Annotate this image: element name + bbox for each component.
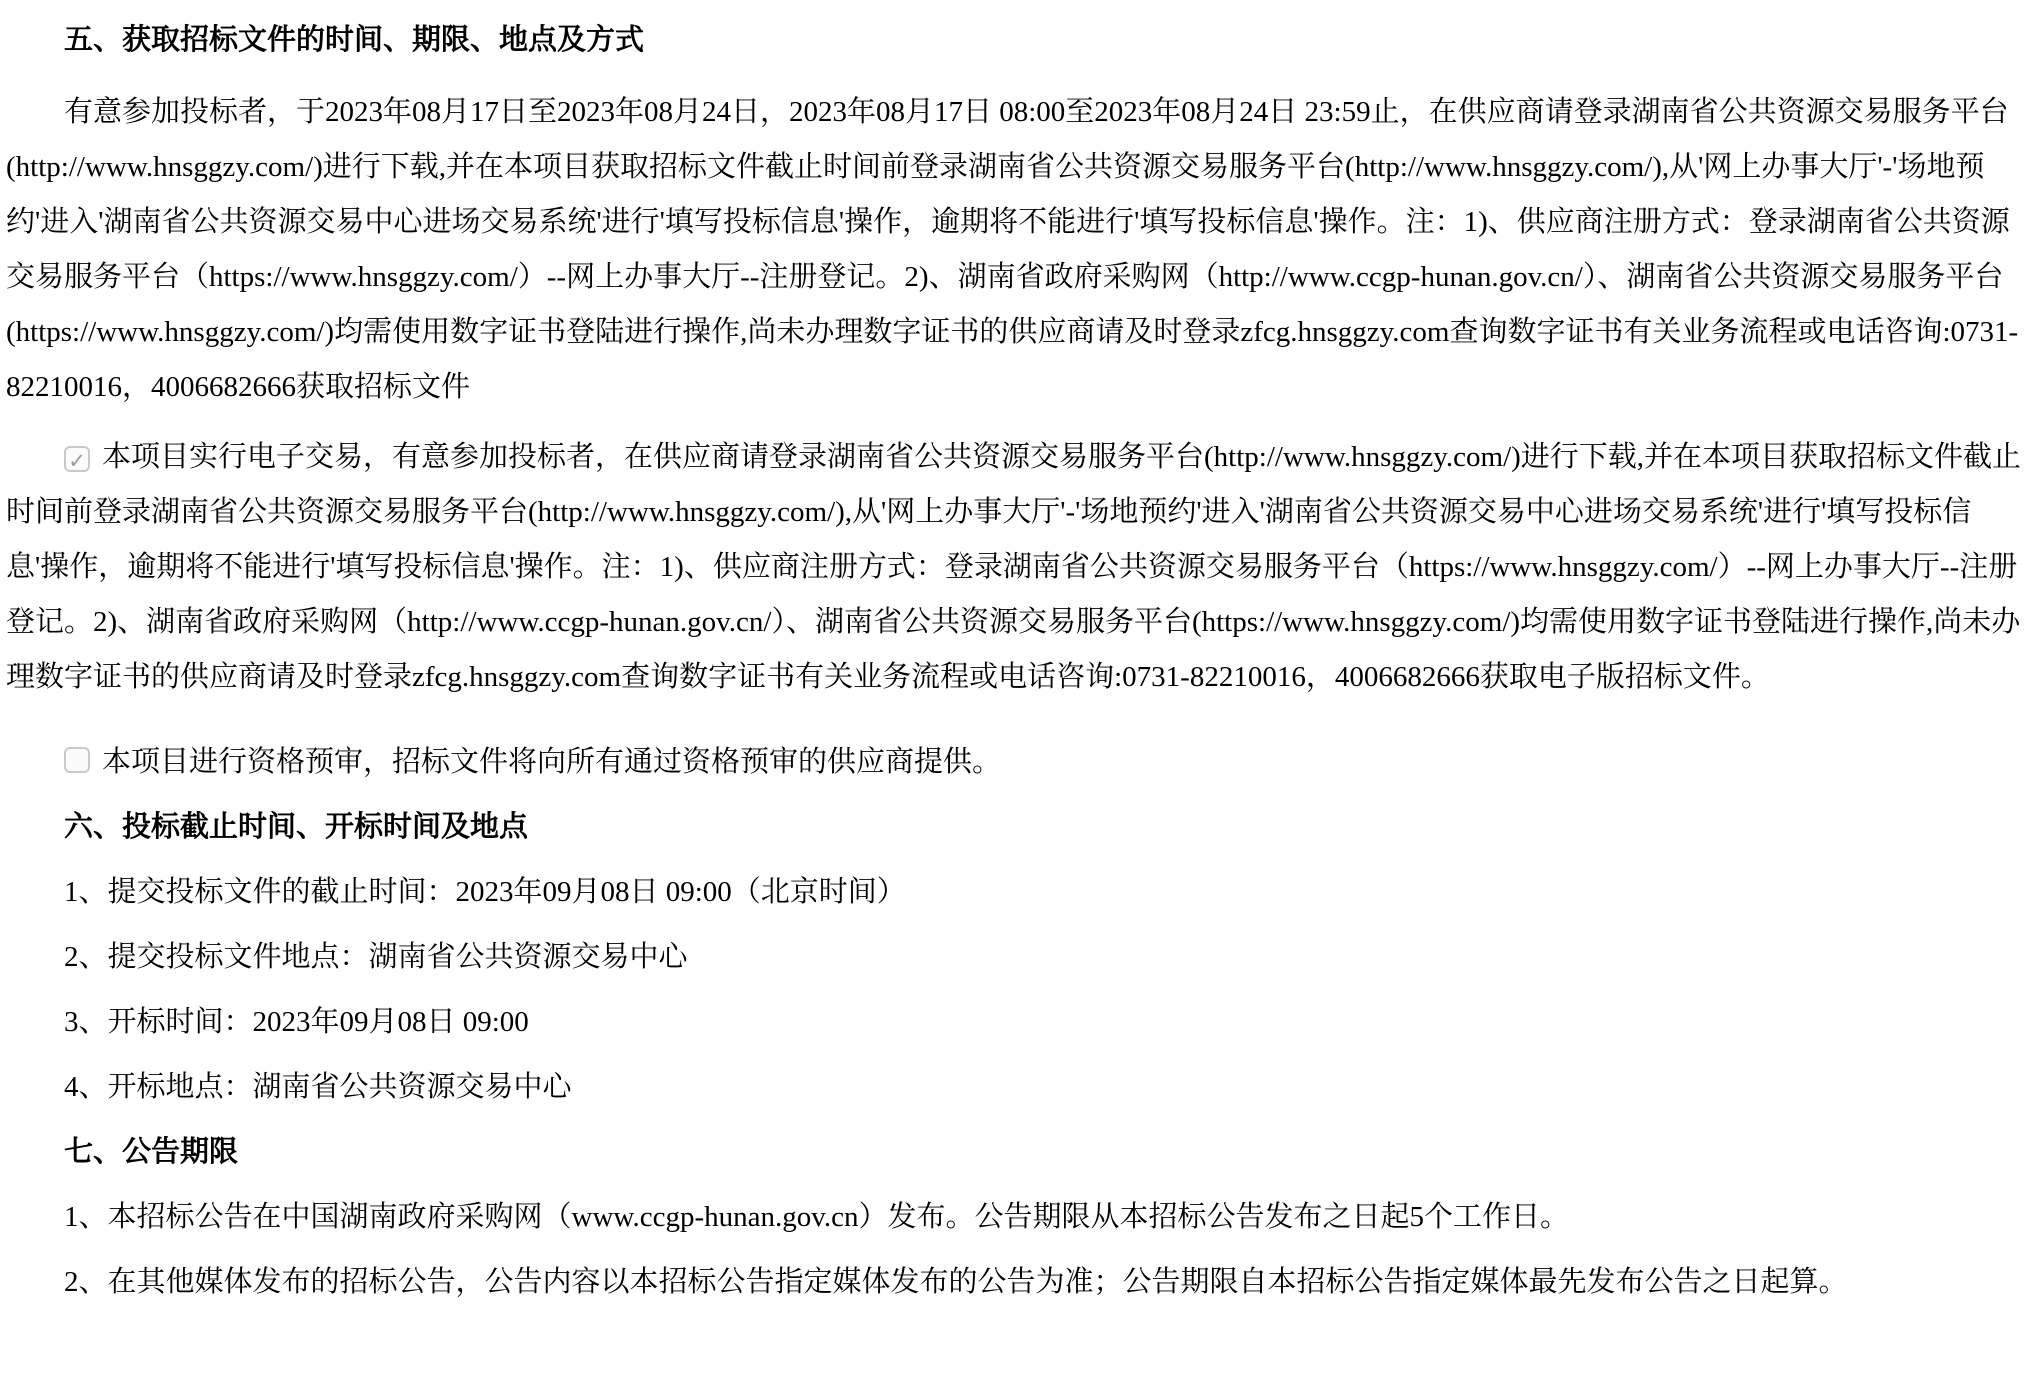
section7-heading: 七、公告期限 — [6, 1125, 2034, 1180]
section7-item-other-media: 2、在其他媒体发布的招标公告，公告内容以本招标公告指定媒体发布的公告为准；公告期… — [6, 1255, 2034, 1310]
check-icon: ✓ — [68, 449, 86, 473]
section6-heading: 六、投标截止时间、开标时间及地点 — [6, 800, 2034, 855]
section7-item-publication: 1、本招标公告在中国湖南政府采购网（www.ccgp-hunan.gov.cn）… — [6, 1190, 2034, 1245]
prequalification-paragraph: 本项目进行资格预审，招标文件将向所有通过资格预审的供应商提供。 — [6, 735, 2034, 790]
electronic-trading-paragraph: ✓本项目实行电子交易，有意参加投标者，在供应商请登录湖南省公共资源交易服务平台(… — [6, 430, 2034, 705]
section5-paragraph: 有意参加投标者，于2023年08月17日至2023年08月24日，2023年08… — [6, 85, 2034, 415]
prequalification-text: 本项目进行资格预审，招标文件将向所有通过资格预审的供应商提供。 — [102, 746, 1001, 778]
section6-item-opening-time: 3、开标时间：2023年09月08日 09:00 — [6, 995, 2034, 1050]
section6-item-submit-location: 2、提交投标文件地点：湖南省公共资源交易中心 — [6, 930, 2034, 985]
section6-item-opening-location: 4、开标地点：湖南省公共资源交易中心 — [6, 1060, 2034, 1115]
prequalification-checkbox[interactable] — [64, 747, 90, 773]
electronic-trading-checkbox[interactable]: ✓ — [64, 446, 90, 472]
electronic-trading-text: 本项目实行电子交易，有意参加投标者，在供应商请登录湖南省公共资源交易服务平台(h… — [6, 441, 2021, 693]
section5-heading: 五、获取招标文件的时间、期限、地点及方式 — [6, 13, 2034, 68]
tender-announcement-document: 五、获取招标文件的时间、期限、地点及方式 有意参加投标者，于2023年08月17… — [0, 0, 2042, 1310]
section6-item-deadline: 1、提交投标文件的截止时间：2023年09月08日 09:00（北京时间） — [6, 865, 2034, 920]
